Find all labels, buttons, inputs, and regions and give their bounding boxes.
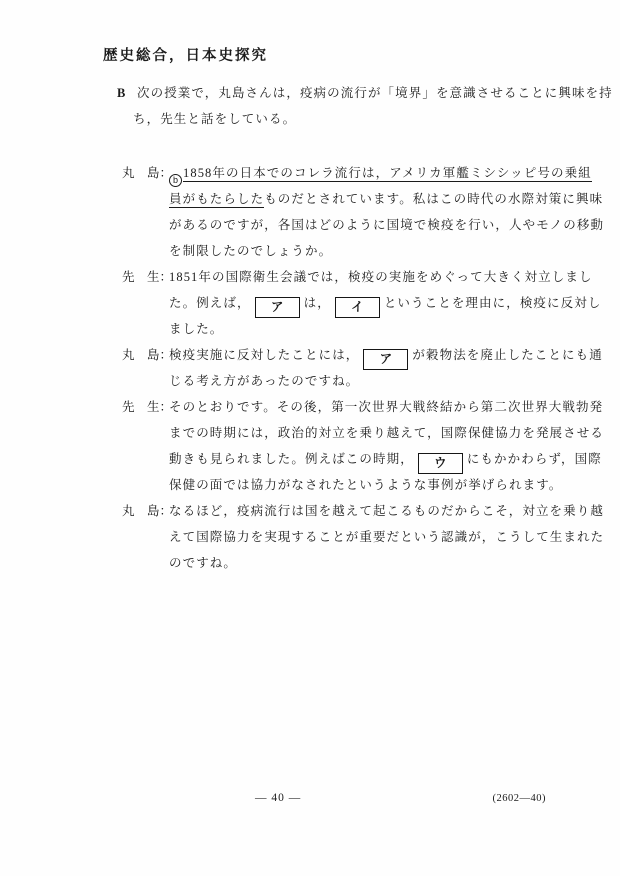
section-b-intro: B 次の授業で，丸島さんは，疫病の流行が「境界」を意識させることに興味を持 ち，… [117, 80, 587, 132]
exam-page: 歴史総合，日本史探究 B 次の授業で，丸島さんは，疫病の流行が「境界」を意識させ… [0, 0, 620, 876]
dialogue-turn: 丸 島：なるほど，疫病流行は国を越えて起こるものだからこそ，対立を乗り越えて国際… [122, 498, 592, 576]
turn-lines: 1851年の国際衛生会議では，検疫の実施をめぐって大きく対立しました。例えば，ア… [169, 264, 601, 342]
turn-lines: b1858年の日本でのコレラ流行は，アメリカ軍艦ミシシッピ号の乗組員がもたらした… [169, 160, 604, 264]
dialogue-text: 検疫実施に反対したことには， [169, 348, 359, 362]
dialogue-line: 保健の面では協力がなされたというような事例が挙げられます。 [169, 472, 604, 498]
dialogue-line: ました。 [169, 316, 601, 342]
underlined-passage: 員がもたらした [169, 192, 264, 208]
page-number: — 40 — [255, 792, 301, 804]
turn-lines: なるほど，疫病流行は国を越えて起こるものだからこそ，対立を乗り越えて国際協力を実… [169, 498, 604, 576]
answer-blank-box: ア [255, 297, 300, 318]
speaker-label: 丸 島： [122, 342, 169, 368]
dialogue-text: なるほど，疫病流行は国を越えて起こるものだからこそ，対立を乗り越 [169, 504, 604, 518]
dialogue-text: にもかかわらず，国際 [467, 452, 602, 466]
dialogue-text: は， [304, 296, 331, 310]
dialogue-text: じる考え方があったのですね。 [169, 374, 359, 388]
dialogue-line: のですね。 [169, 550, 604, 576]
section-intro-line-1: 次の授業で，丸島さんは，疫病の流行が「境界」を意識させることに興味を持 [137, 80, 613, 106]
dialogue-text: 保健の面では協力がなされたというような事例が挙げられます。 [169, 478, 562, 492]
form-code: (2602—40) [493, 793, 547, 804]
dialogue-line: そのとおりです。その後，第一次世界大戦終結から第二次世界大戦勃発 [169, 394, 604, 420]
dialogue-line: 検疫実施に反対したことには，アが穀物法を廃止したことにも通 [169, 342, 603, 368]
dialogue-text: 動きも見られました。例えばこの時期， [169, 452, 414, 466]
dialogue-text: 1851年の国際衛生会議では，検疫の実施をめぐって大きく対立しまし [169, 270, 593, 284]
dialogue-turn: 丸 島：b1858年の日本でのコレラ流行は，アメリカ軍艦ミシシッピ号の乗組員がも… [122, 160, 592, 264]
speaker-label: 先 生： [122, 264, 169, 290]
turn-lines: そのとおりです。その後，第一次世界大戦終結から第二次世界大戦勃発までの時期には，… [169, 394, 604, 498]
dialogue-line: があるのですが，各国はどのように国境で検疫を行い，人やモノの移動 [169, 212, 604, 238]
dialogue-text: そのとおりです。その後，第一次世界大戦終結から第二次世界大戦勃発 [169, 400, 603, 414]
dialogue-line: を制限したのでしょうか。 [169, 238, 604, 264]
dialogue-turn: 先 生：1851年の国際衛生会議では，検疫の実施をめぐって大きく対立しました。例… [122, 264, 592, 342]
dialogue-line: 動きも見られました。例えばこの時期，ウにもかかわらず，国際 [169, 446, 604, 472]
dialogue: 丸 島：b1858年の日本でのコレラ流行は，アメリカ軍艦ミシシッピ号の乗組員がも… [122, 160, 592, 576]
page-title: 歴史総合，日本史探究 [103, 44, 268, 65]
answer-blank-box: ウ [418, 453, 463, 474]
section-intro-line-2: ち，先生と話をしている。 [117, 106, 587, 132]
dialogue-line: までの時期には，政治的対立を乗り越えて，国際保健協力を発展させる [169, 420, 604, 446]
section-label: B [117, 80, 137, 106]
dialogue-text: ということを理由に，検疫に反対し [384, 296, 602, 310]
speaker-label: 丸 島： [122, 498, 169, 524]
dialogue-line: じる考え方があったのですね。 [169, 368, 603, 394]
speaker-label: 丸 島： [122, 160, 169, 186]
speaker-label: 先 生： [122, 394, 169, 420]
dialogue-text: が穀物法を廃止したことにも通 [412, 348, 602, 362]
dialogue-line: 1851年の国際衛生会議では，検疫の実施をめぐって大きく対立しまし [169, 264, 601, 290]
dialogue-line: 員がもたらしたものだとされています。私はこの時代の水際対策に興味 [169, 186, 604, 212]
dialogue-text: ました。 [169, 322, 223, 336]
dialogue-line: た。例えば，アは，イということを理由に，検疫に反対し [169, 290, 601, 316]
underlined-passage: 1858年の日本でのコレラ流行は，アメリカ軍艦ミシシッピ号の乗組 [183, 166, 592, 182]
answer-blank-box: イ [335, 297, 380, 318]
dialogue-turn: 丸 島：検疫実施に反対したことには，アが穀物法を廃止したことにも通じる考え方があ… [122, 342, 592, 394]
dialogue-turn: 先 生：そのとおりです。その後，第一次世界大戦終結から第二次世界大戦勃発までの時… [122, 394, 592, 498]
dialogue-text: があるのですが，各国はどのように国境で検疫を行い，人やモノの移動 [169, 218, 604, 232]
dialogue-line: b1858年の日本でのコレラ流行は，アメリカ軍艦ミシシッピ号の乗組 [169, 160, 604, 186]
dialogue-text: を制限したのでしょうか。 [169, 244, 332, 258]
answer-blank-box: ア [363, 349, 408, 370]
dialogue-text: のですね。 [169, 556, 237, 570]
dialogue-line: えて国際協力を実現することが重要だという認識が，こうして生まれた [169, 524, 604, 550]
dialogue-text: た。例えば， [169, 296, 251, 310]
dialogue-text: えて国際協力を実現することが重要だという認識が，こうして生まれた [169, 530, 604, 544]
turn-lines: 検疫実施に反対したことには，アが穀物法を廃止したことにも通じる考え方があったので… [169, 342, 603, 394]
dialogue-text: までの時期には，政治的対立を乗り越えて，国際保健協力を発展させる [169, 426, 604, 440]
circled-annotation-b: b [169, 174, 182, 187]
dialogue-text: ものだとされています。私はこの時代の水際対策に興味 [264, 192, 603, 206]
dialogue-line: なるほど，疫病流行は国を越えて起こるものだからこそ，対立を乗り越 [169, 498, 604, 524]
